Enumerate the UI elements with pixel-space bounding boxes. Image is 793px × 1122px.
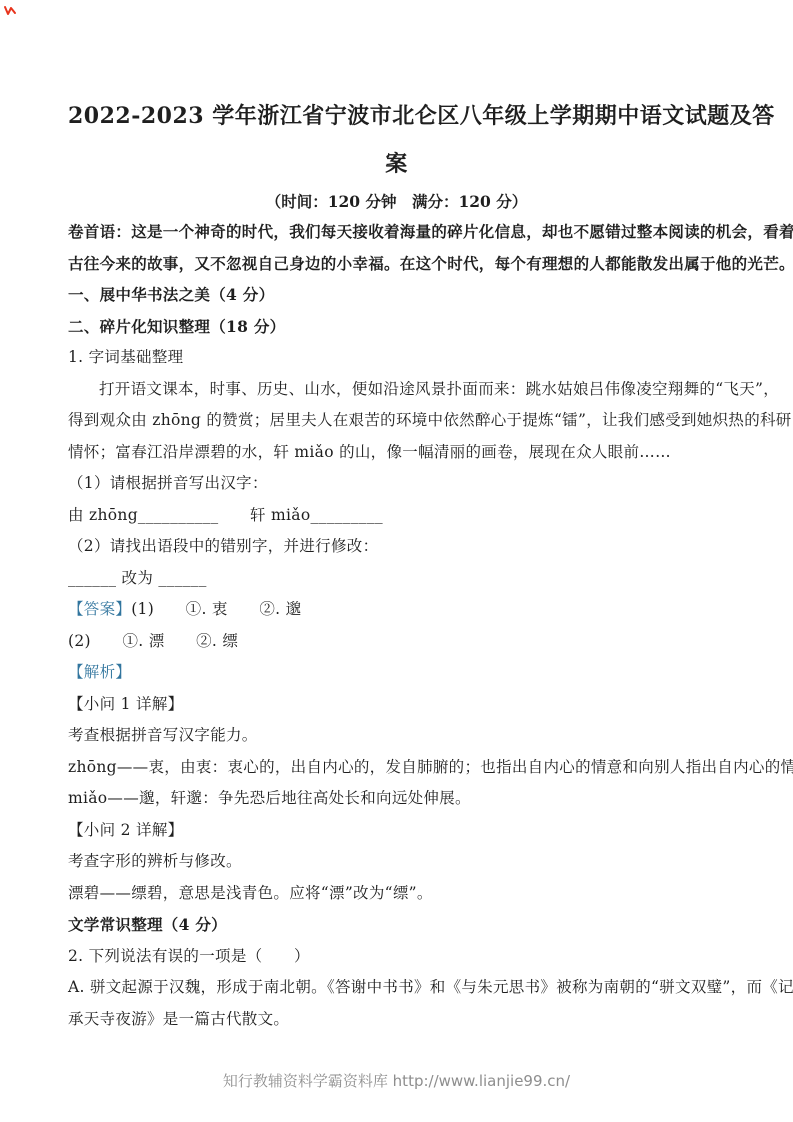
sub-question-2: （2）请找出语段中的错别字，并进行修改： bbox=[68, 531, 725, 563]
title-block: 2022-2023 学年浙江省宁波市北仑区八年级上学期期中语文试题及答 案 bbox=[68, 92, 725, 188]
answer-blank-line-1: 由 zhōng__________ 轩 miǎo_________ bbox=[68, 500, 725, 532]
red-pen-mark-icon bbox=[3, 5, 17, 17]
page-title-line-1: 2022-2023 学年浙江省宁波市北仑区八年级上学期期中语文试题及答 bbox=[68, 92, 725, 140]
exam-document-page: 2022-2023 学年浙江省宁波市北仑区八年级上学期期中语文试题及答 案 （时… bbox=[0, 0, 793, 1122]
detail-2-line-1: 考查字形的辨析与修改。 bbox=[68, 846, 725, 878]
answer-line-2: (2) ①. 漂 ②. 缥 bbox=[68, 626, 725, 658]
section-heading-2: 二、碎片化知识整理（18 分） bbox=[68, 311, 725, 343]
passage-line-3: 情怀；富春江沿岸漂碧的水，轩 miǎo 的山，像一幅清丽的画卷，展现在众人眼前…… bbox=[68, 437, 725, 469]
question-2-title: 2. 下列说法有误的一项是（ ） bbox=[68, 941, 725, 973]
option-a-line-1: A. 骈文起源于汉魏，形成于南北朝。《答谢中书书》和《与朱元思书》被称为南朝的“… bbox=[68, 972, 725, 1004]
document-body: 2022-2023 学年浙江省宁波市北仑区八年级上学期期中语文试题及答 案 （时… bbox=[0, 92, 793, 1035]
sub-question-1: （1）请根据拼音写出汉字： bbox=[68, 468, 725, 500]
passage-line-1: 打开语文课本，时事、历史、山水，便如沿途风景扑面而来：跳水姑娘吕伟像凌空翔舞的“… bbox=[68, 374, 725, 406]
answer-line-1: 【答案】(1) ①. 衷 ②. 邈 bbox=[68, 594, 725, 626]
answer-blank-line-2: ______ 改为 ______ bbox=[68, 563, 725, 595]
footer-watermark: 知行教辅资料学霸资料库 http://www.lianjie99.cn/ bbox=[0, 1070, 793, 1092]
detail-1-line-1: 考查根据拼音写汉字能力。 bbox=[68, 720, 725, 752]
exam-time-score-info: （时间：120 分钟 满分：120 分） bbox=[68, 188, 725, 216]
analysis-label: 【解析】 bbox=[68, 663, 131, 681]
detail-2-line-2: 漂碧——缥碧，意思是浅青色。应将“漂”改为“缥”。 bbox=[68, 878, 725, 910]
passage-line-2: 得到观众由 zhōng 的赞赏；居里夫人在艰苦的环境中依然醉心于提炼“镭”，让我… bbox=[68, 405, 725, 437]
detail-1-heading: 【小问 1 详解】 bbox=[68, 689, 725, 721]
section-heading-3: 文学常识整理（4 分） bbox=[68, 909, 725, 941]
detail-1-line-2: zhōng——衷，由衷：衷心的，出自内心的，发自肺腑的；也指出自内心的情意和向别… bbox=[68, 752, 725, 784]
page-title-line-2: 案 bbox=[68, 140, 725, 188]
answer-1-text: (1) ①. 衷 ②. 邈 bbox=[131, 600, 301, 618]
analysis-heading: 【解析】 bbox=[68, 657, 725, 689]
detail-2-heading: 【小问 2 详解】 bbox=[68, 815, 725, 847]
option-a-line-2: 承天寺夜游》是一篇古代散文。 bbox=[68, 1004, 725, 1036]
question-1-title: 1. 字词基础整理 bbox=[68, 342, 725, 374]
detail-1-line-3: miǎo——邈，轩邈：争先恐后地往高处长和向远处伸展。 bbox=[68, 783, 725, 815]
preface-line-2: 古往今来的故事，又不忽视自己身边的小幸福。在这个时代，每个有理想的人都能散发出属… bbox=[68, 248, 725, 280]
answer-label: 【答案】 bbox=[68, 600, 131, 618]
section-heading-1: 一、展中华书法之美（4 分） bbox=[68, 279, 725, 311]
preface-line-1: 卷首语：这是一个神奇的时代，我们每天接收着海量的碎片化信息，却也不愿错过整本阅读… bbox=[68, 216, 725, 248]
